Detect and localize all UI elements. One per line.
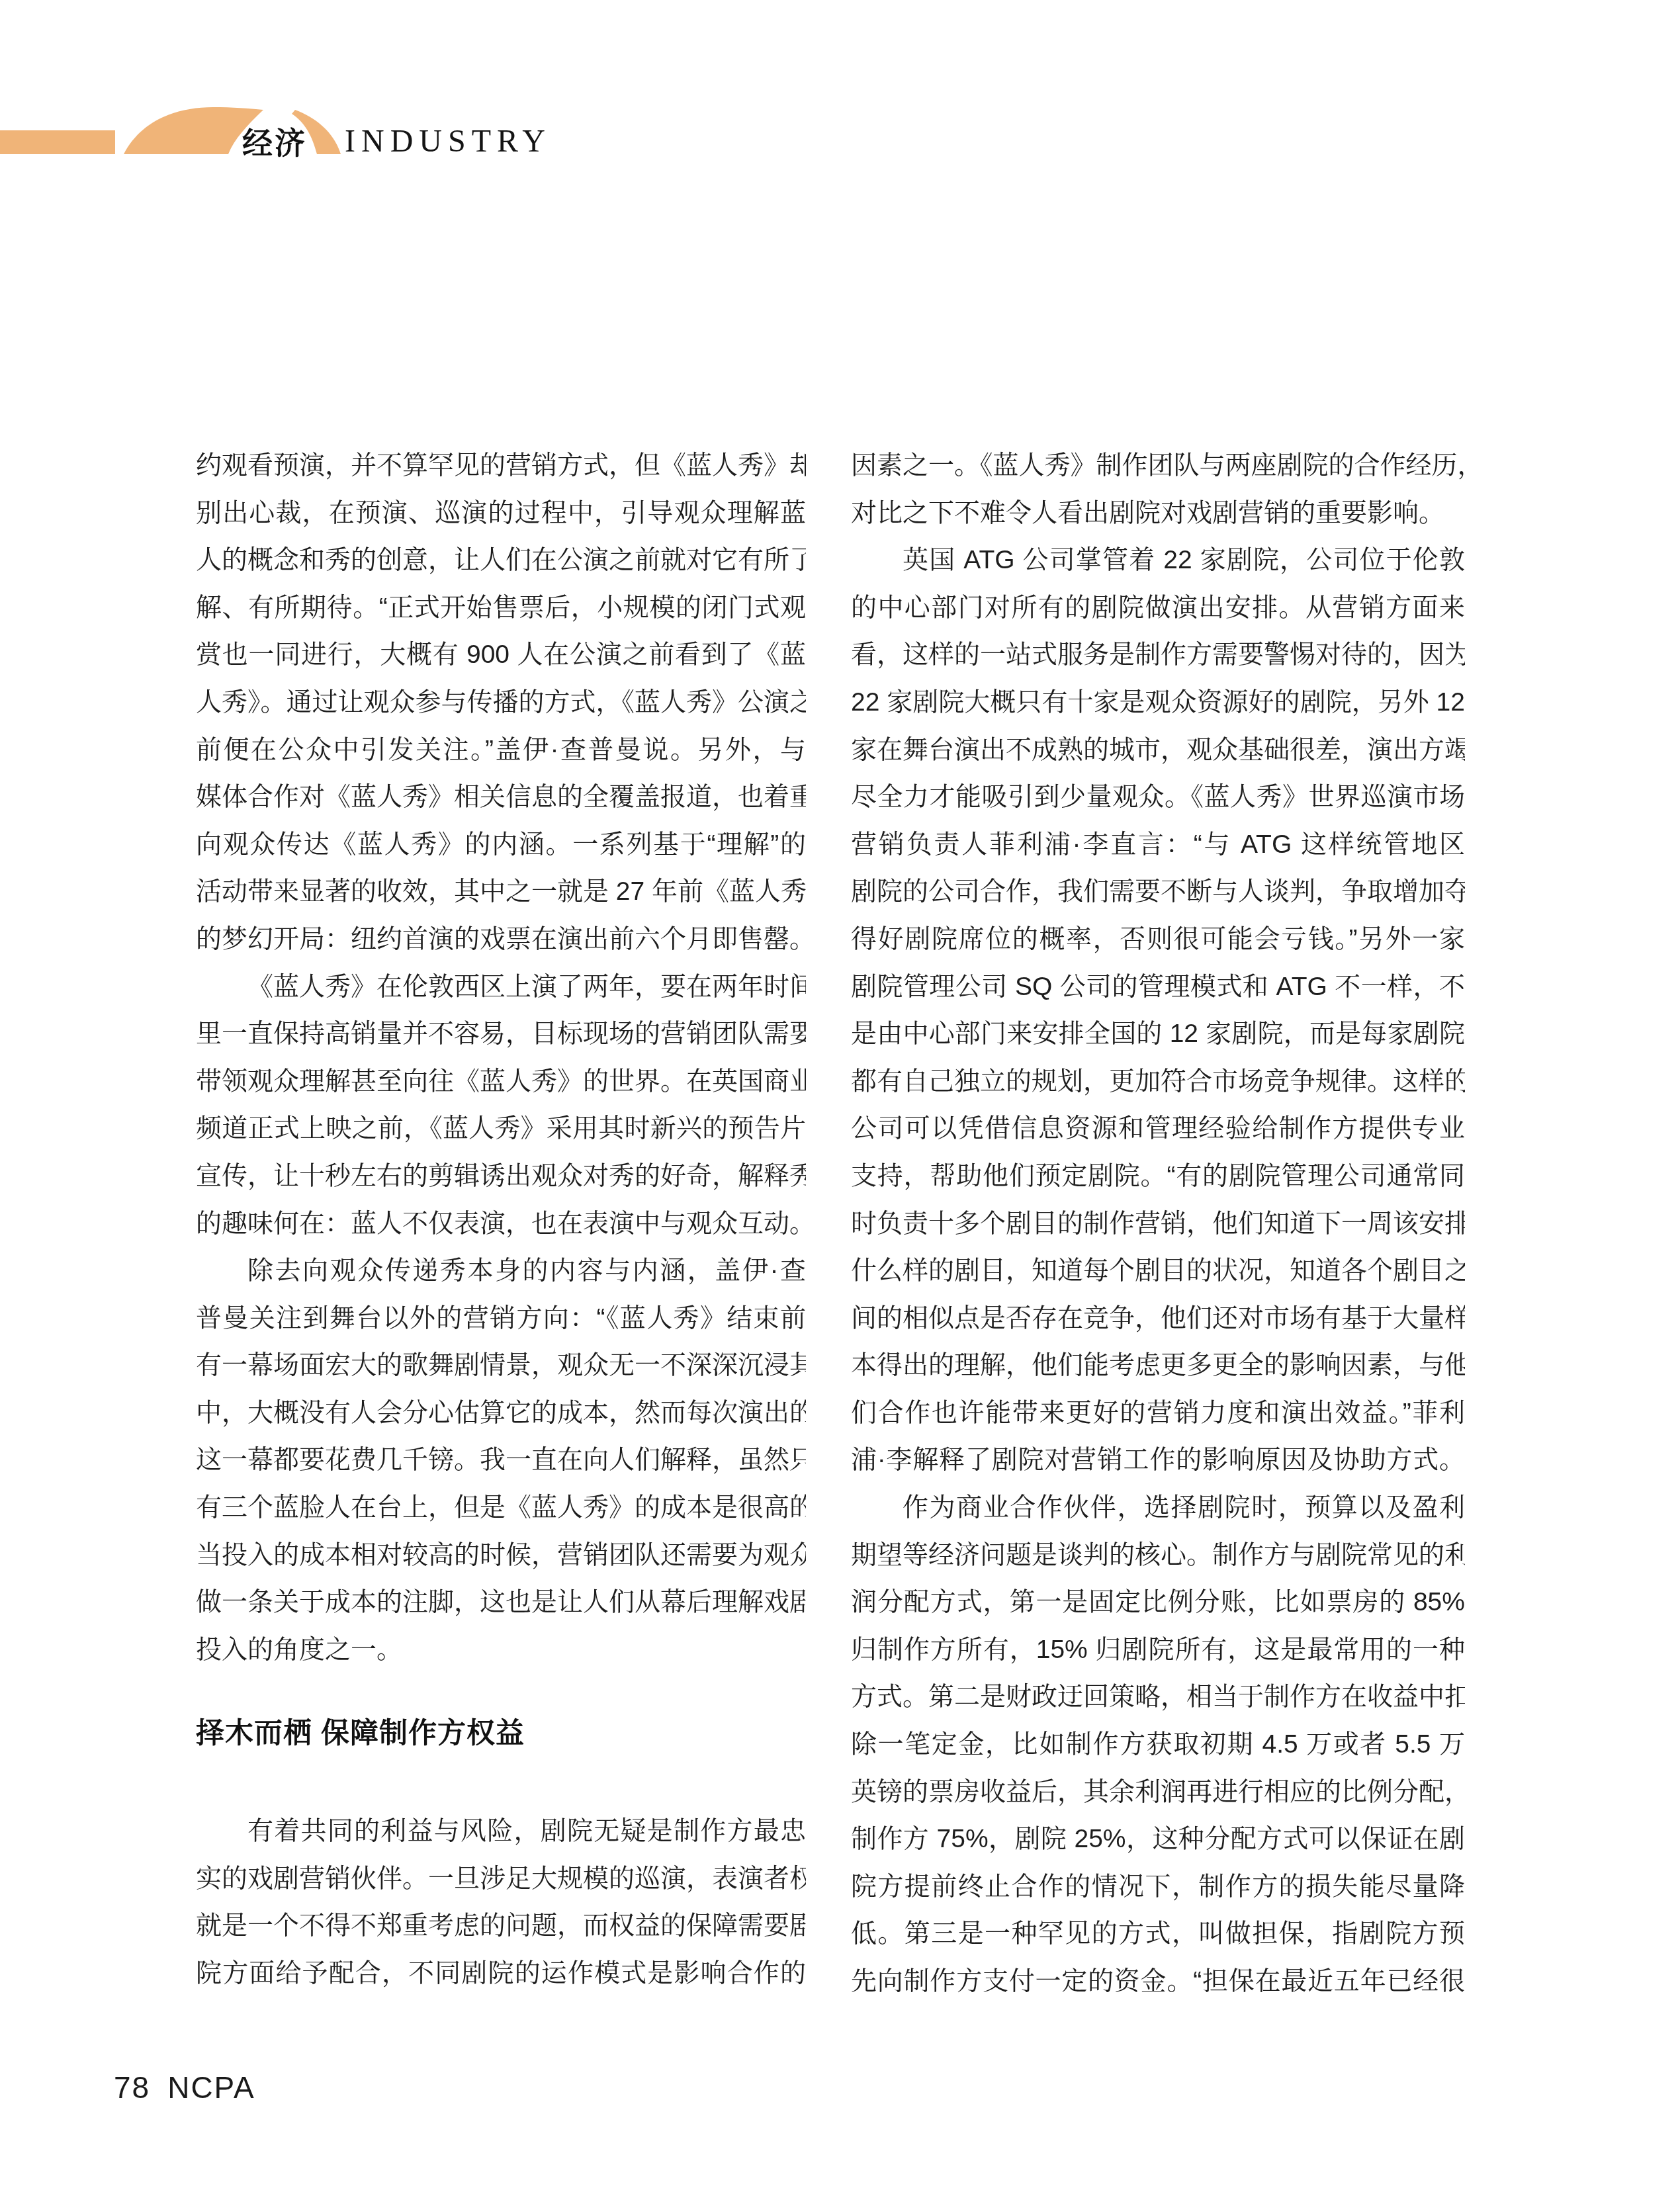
text-line: 家在舞台演出不成熟的城市，观众基础很差，演出方竭 <box>851 726 1465 774</box>
text-line: 约观看预演，并不算罕见的营销方式，但《蓝人秀》却 <box>196 442 806 490</box>
text-line: 因素之一。《蓝人秀》制作团队与两座剧院的合作经历， <box>851 442 1465 490</box>
text-line: 低。第三是一种罕见的方式，叫做担保，指剧院方预 <box>851 1910 1465 1958</box>
text-line: 剧院的公司合作，我们需要不断与人谈判，争取增加夺 <box>851 868 1465 916</box>
text-line: 这一幕都要花费几千镑。我一直在向人们解释，虽然只 <box>196 1436 806 1484</box>
text-line: 间的相似点是否存在竞争，他们还对市场有基于大量样 <box>851 1295 1465 1342</box>
text-line: 前便在公众中引发关注。”盖伊·查普曼说。另外，与 <box>196 726 806 774</box>
header-bar-shape <box>0 130 115 154</box>
page-number: 78 <box>114 2070 150 2105</box>
section-title-cn: 经济 <box>242 128 307 158</box>
text-line: 媒体合作对《蓝人秀》相关信息的全覆盖报道，也着重 <box>196 773 806 821</box>
section-heading: 择木而栖 保障制作方权益 <box>196 1716 806 1751</box>
text-line: 得好剧院席位的概率，否则很可能会亏钱。”另外一家 <box>851 916 1465 963</box>
left-column-continued: 有着共同的利益与风险，剧院无疑是制作方最忠实的戏剧营销伙伴。一旦涉足大规模的巡演… <box>196 1808 806 1999</box>
text-line: 都有自己独立的规划，更加符合市场竞争规律。这样的 <box>851 1058 1465 1106</box>
page-footer: 78NCPA <box>114 2071 255 2104</box>
text-line: 期望等经济问题是谈判的核心。制作方与剧院常见的利 <box>851 1532 1465 1579</box>
text-line: 支持，帮助他们预定剧院。“有的剧院管理公司通常同 <box>851 1153 1465 1200</box>
text-line: 除一笔定金，比如制作方获取初期 4.5 万或者 5.5 万 <box>851 1721 1465 1769</box>
header-accent-graphic <box>0 93 371 172</box>
text-line: 有三个蓝脸人在台上，但是《蓝人秀》的成本是很高的。” <box>196 1484 806 1532</box>
left-column: 约观看预演，并不算罕见的营销方式，但《蓝人秀》却别出心裁，在预演、巡演的过程中，… <box>196 442 806 1674</box>
text-line: 什么样的剧目，知道每个剧目的状况，知道各个剧目之 <box>851 1247 1465 1295</box>
text-line: 里一直保持高销量并不容易，目标现场的营销团队需要 <box>196 1010 806 1058</box>
text-line: 院方提前终止合作的情况下，制作方的损失能尽量降 <box>851 1863 1465 1911</box>
text-line: 院方面给予配合，不同剧院的运作模式是影响合作的 <box>196 1950 806 1997</box>
text-line: 英镑的票房收益后，其余利润再进行相应的比例分配， <box>851 1769 1465 1816</box>
text-line: 做一条关于成本的注脚，这也是让人们从幕后理解戏剧 <box>196 1579 806 1626</box>
text-line: 方式。第二是财政迂回策略，相当于制作方在收益中扣 <box>851 1673 1465 1721</box>
text-line: 作为商业合作伙伴，选择剧院时，预算以及盈利 <box>851 1484 1465 1532</box>
text-line: 是由中心部门来安排全国的 12 家剧院，而是每家剧院 <box>851 1010 1465 1058</box>
text-line: 人秀》。通过让观众参与传播的方式，《蓝人秀》公演之 <box>196 679 806 726</box>
text-line: 活动带来显著的收效，其中之一就是 27 年前《蓝人秀》 <box>196 868 806 916</box>
text-line: 营销负责人菲利浦·李直言：“与 ATG 这样统管地区 <box>851 821 1465 869</box>
text-line: 频道正式上映之前，《蓝人秀》采用其时新兴的预告片 <box>196 1105 806 1153</box>
text-line: 浦·李解释了剧院对营销工作的影响原因及协助方式。 <box>851 1436 1465 1484</box>
text-line: 有一幕场面宏大的歌舞剧情景，观众无一不深深沉浸其 <box>196 1342 806 1389</box>
text-line: 投入的角度之一。 <box>196 1626 806 1674</box>
text-line: 剧院管理公司 SQ 公司的管理模式和 ATG 不一样，不 <box>851 963 1465 1011</box>
text-line: 别出心裁，在预演、巡演的过程中，引导观众理解蓝 <box>196 490 806 537</box>
text-line: 人的概念和秀的创意，让人们在公演之前就对它有所了 <box>196 537 806 584</box>
text-line: 们合作也许能带来更好的营销力度和演出效益。”菲利 <box>851 1389 1465 1437</box>
text-line: 《蓝人秀》在伦敦西区上演了两年，要在两年时间 <box>196 963 806 1011</box>
text-line: 的中心部门对所有的剧院做演出安排。从营销方面来 <box>851 584 1465 632</box>
section-title-en: INDUSTRY <box>345 126 551 157</box>
text-line: 有着共同的利益与风险，剧院无疑是制作方最忠 <box>196 1808 806 1855</box>
right-column: 因素之一。《蓝人秀》制作团队与两座剧院的合作经历，对比之下不难令人看出剧院对戏剧… <box>851 442 1465 2007</box>
text-line: 尽全力才能吸引到少量观众。《蓝人秀》世界巡演市场 <box>851 773 1465 821</box>
text-line: 对比之下不难令人看出剧院对戏剧营销的重要影响。 <box>851 490 1465 537</box>
text-line: 解、有所期待。“正式开始售票后，小规模的闭门式观 <box>196 584 806 632</box>
text-line: 时负责十多个剧目的制作营销，他们知道下一周该安排 <box>851 1200 1465 1248</box>
journal-name: NCPA <box>167 2070 255 2105</box>
text-line: 赏也一同进行，大概有 900 人在公演之前看到了《蓝 <box>196 631 806 679</box>
text-line: 向观众传达《蓝人秀》的内涵。一系列基于“理解”的 <box>196 821 806 869</box>
text-line: 普曼关注到舞台以外的营销方向：“《蓝人秀》结束前 <box>196 1295 806 1342</box>
text-line: 制作方 75%，剧院 25%，这种分配方式可以保证在剧 <box>851 1816 1465 1863</box>
text-line: 实的戏剧营销伙伴。一旦涉足大规模的巡演，表演者权 <box>196 1855 806 1903</box>
text-line: 先向制作方支付一定的资金。“担保在最近五年已经很 <box>851 1958 1465 2005</box>
text-line: 的梦幻开局：纽约首演的戏票在演出前六个月即售罄。 <box>196 916 806 963</box>
text-line: 就是一个不得不郑重考虑的问题，而权益的保障需要剧 <box>196 1902 806 1950</box>
text-line: 中，大概没有人会分心估算它的成本，然而每次演出的 <box>196 1389 806 1437</box>
text-line: 看，这样的一站式服务是制作方需要警惕对待的，因为 <box>851 631 1465 679</box>
text-line: 润分配方式，第一是固定比例分账，比如票房的 85% <box>851 1579 1465 1626</box>
text-line: 公司可以凭借信息资源和管理经验给制作方提供专业 <box>851 1105 1465 1153</box>
text-line: 带领观众理解甚至向往《蓝人秀》的世界。在英国商业 <box>196 1058 806 1106</box>
text-line: 22 家剧院大概只有十家是观众资源好的剧院，另外 12 <box>851 679 1465 726</box>
magazine-page: 经济 INDUSTRY 约观看预演，并不算罕见的营销方式，但《蓝人秀》却别出心裁… <box>0 0 1680 2188</box>
text-line: 归制作方所有，15% 归剧院所有，这是最常用的一种 <box>851 1626 1465 1674</box>
text-line: 英国 ATG 公司掌管着 22 家剧院，公司位于伦敦 <box>851 537 1465 584</box>
text-line: 除去向观众传递秀本身的内容与内涵，盖伊·查 <box>196 1247 806 1295</box>
text-line: 宣传，让十秒左右的剪辑诱出观众对秀的好奇，解释秀 <box>196 1153 806 1200</box>
text-line: 当投入的成本相对较高的时候，营销团队还需要为观众 <box>196 1532 806 1579</box>
text-line: 本得出的理解，他们能考虑更多更全的影响因素，与他 <box>851 1342 1465 1389</box>
text-line: 的趣味何在：蓝人不仅表演，也在表演中与观众互动。 <box>196 1200 806 1248</box>
